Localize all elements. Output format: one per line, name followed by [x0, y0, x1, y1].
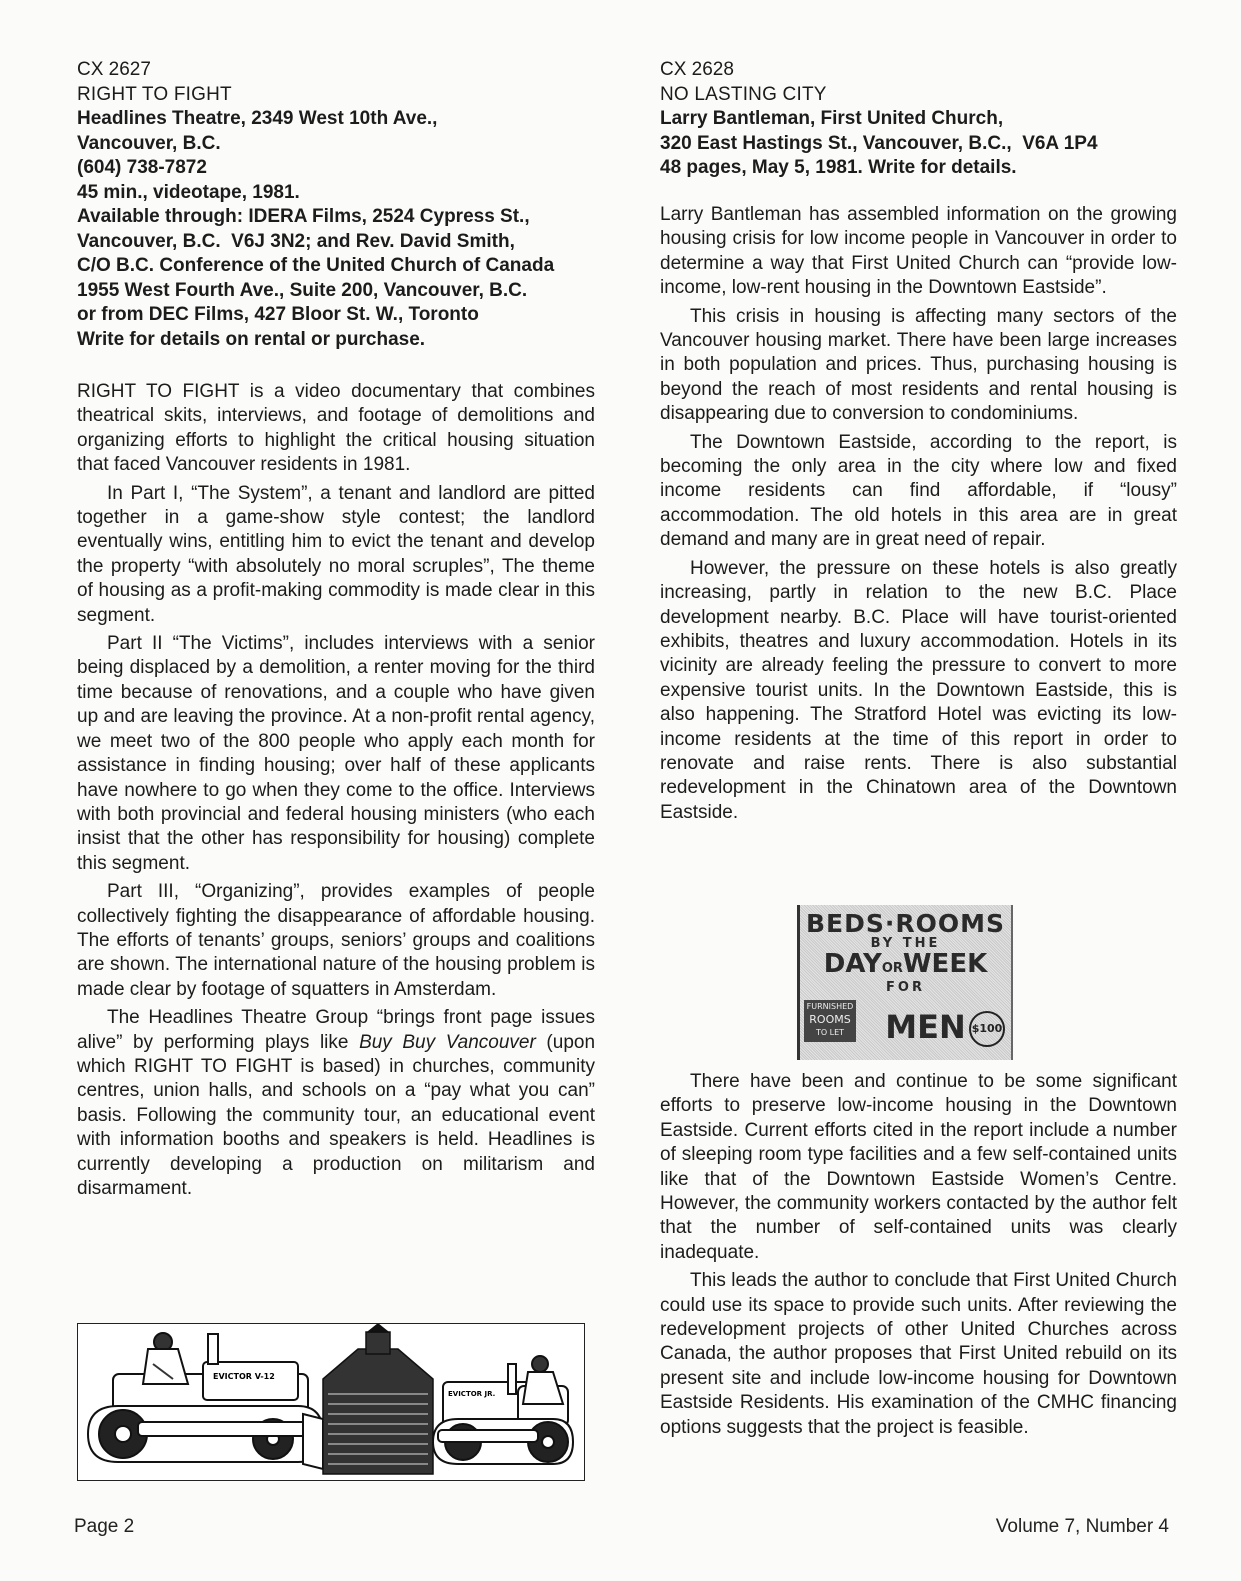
svg-text:EVICTOR V-12: EVICTOR V-12 [213, 1372, 275, 1381]
meta-line: (604) 738-7872 [77, 156, 597, 181]
bulldozer-drawing-icon: EVICTOR V-12 EVICTOR JR. [78, 1324, 583, 1479]
paragraph: RIGHT TO FIGHT is a video documentary th… [77, 380, 595, 478]
paragraph: This crisis in housing is affecting many… [660, 305, 1177, 427]
rooms-sign-photo: BEDS·ROOMS BY THE DAYORWEEK FOR FURNISHE… [797, 905, 1013, 1060]
meta-line: or from DEC Films, 427 Bloor St. W., Tor… [77, 303, 597, 328]
catalog-code: CX 2627 [77, 58, 597, 83]
paragraph: Larry Bantleman has assembled informatio… [660, 203, 1177, 301]
meta-line: 45 min., videotape, 1981. [77, 181, 597, 206]
catalog-code: CX 2628 [660, 58, 1175, 83]
paragraph: The Downtown Eastside, according to the … [660, 431, 1177, 553]
paragraph: In Part I, “The System”, a tenant and la… [77, 482, 595, 628]
meta-line: Write for details on rental or purchase. [77, 328, 597, 353]
paragraph: Part III, “Organizing”, provides example… [77, 880, 595, 1002]
sign-line: DAYORWEEK [800, 949, 1011, 979]
review-body-cx2628-part1: Larry Bantleman has assembled informatio… [660, 203, 1177, 829]
paragraph: Part II “The Victims”, includes intervie… [77, 632, 595, 876]
meta-line: Headlines Theatre, 2349 West 10th Ave., [77, 107, 597, 132]
meta-line: Larry Bantleman, First United Church, [660, 107, 1175, 132]
issue-label: Volume 7, Number 4 [996, 1516, 1169, 1538]
text-run: (upon which RIGHT TO FIGHT is based) in … [77, 1032, 595, 1199]
paragraph: There have been and continue to be some … [660, 1070, 1177, 1265]
entry-title: RIGHT TO FIGHT [77, 83, 597, 108]
play-title: Buy Buy Vancouver [359, 1032, 536, 1053]
meta-line: 320 East Hastings St., Vancouver, B.C., … [660, 132, 1175, 157]
meta-line: C/O B.C. Conference of the United Church… [77, 254, 597, 279]
entry-header-cx2627: CX 2627 RIGHT TO FIGHT Headlines Theatre… [77, 58, 597, 352]
price-badge: $100 [969, 1011, 1005, 1047]
paragraph: However, the pressure on these hotels is… [660, 557, 1177, 825]
page-number: Page 2 [74, 1516, 134, 1538]
paragraph: The Headlines Theatre Group “brings fron… [77, 1006, 595, 1201]
review-body-cx2627: RIGHT TO FIGHT is a video documentary th… [77, 380, 595, 1205]
svg-text:EVICTOR JR.: EVICTOR JR. [448, 1390, 495, 1398]
meta-line: Vancouver, B.C. [77, 132, 597, 157]
meta-line: 1955 West Fourth Ave., Suite 200, Vancou… [77, 279, 597, 304]
bulldozers-house-illustration: EVICTOR V-12 EVICTOR JR. [77, 1323, 585, 1481]
entry-header-cx2628: CX 2628 NO LASTING CITY Larry Bantleman,… [660, 58, 1175, 181]
sign-line: BEDS·ROOMS [800, 909, 1011, 938]
meta-line: 48 pages, May 5, 1981. Write for details… [660, 156, 1175, 181]
paragraph: This leads the author to conclude that F… [660, 1269, 1177, 1440]
meta-line: Vancouver, B.C. V6J 3N2; and Rev. David … [77, 230, 597, 255]
review-body-cx2628-part2: There have been and continue to be some … [660, 1070, 1177, 1444]
meta-line: Available through: IDERA Films, 2524 Cyp… [77, 205, 597, 230]
sign-line: FOR [800, 980, 1011, 995]
entry-title: NO LASTING CITY [660, 83, 1175, 108]
